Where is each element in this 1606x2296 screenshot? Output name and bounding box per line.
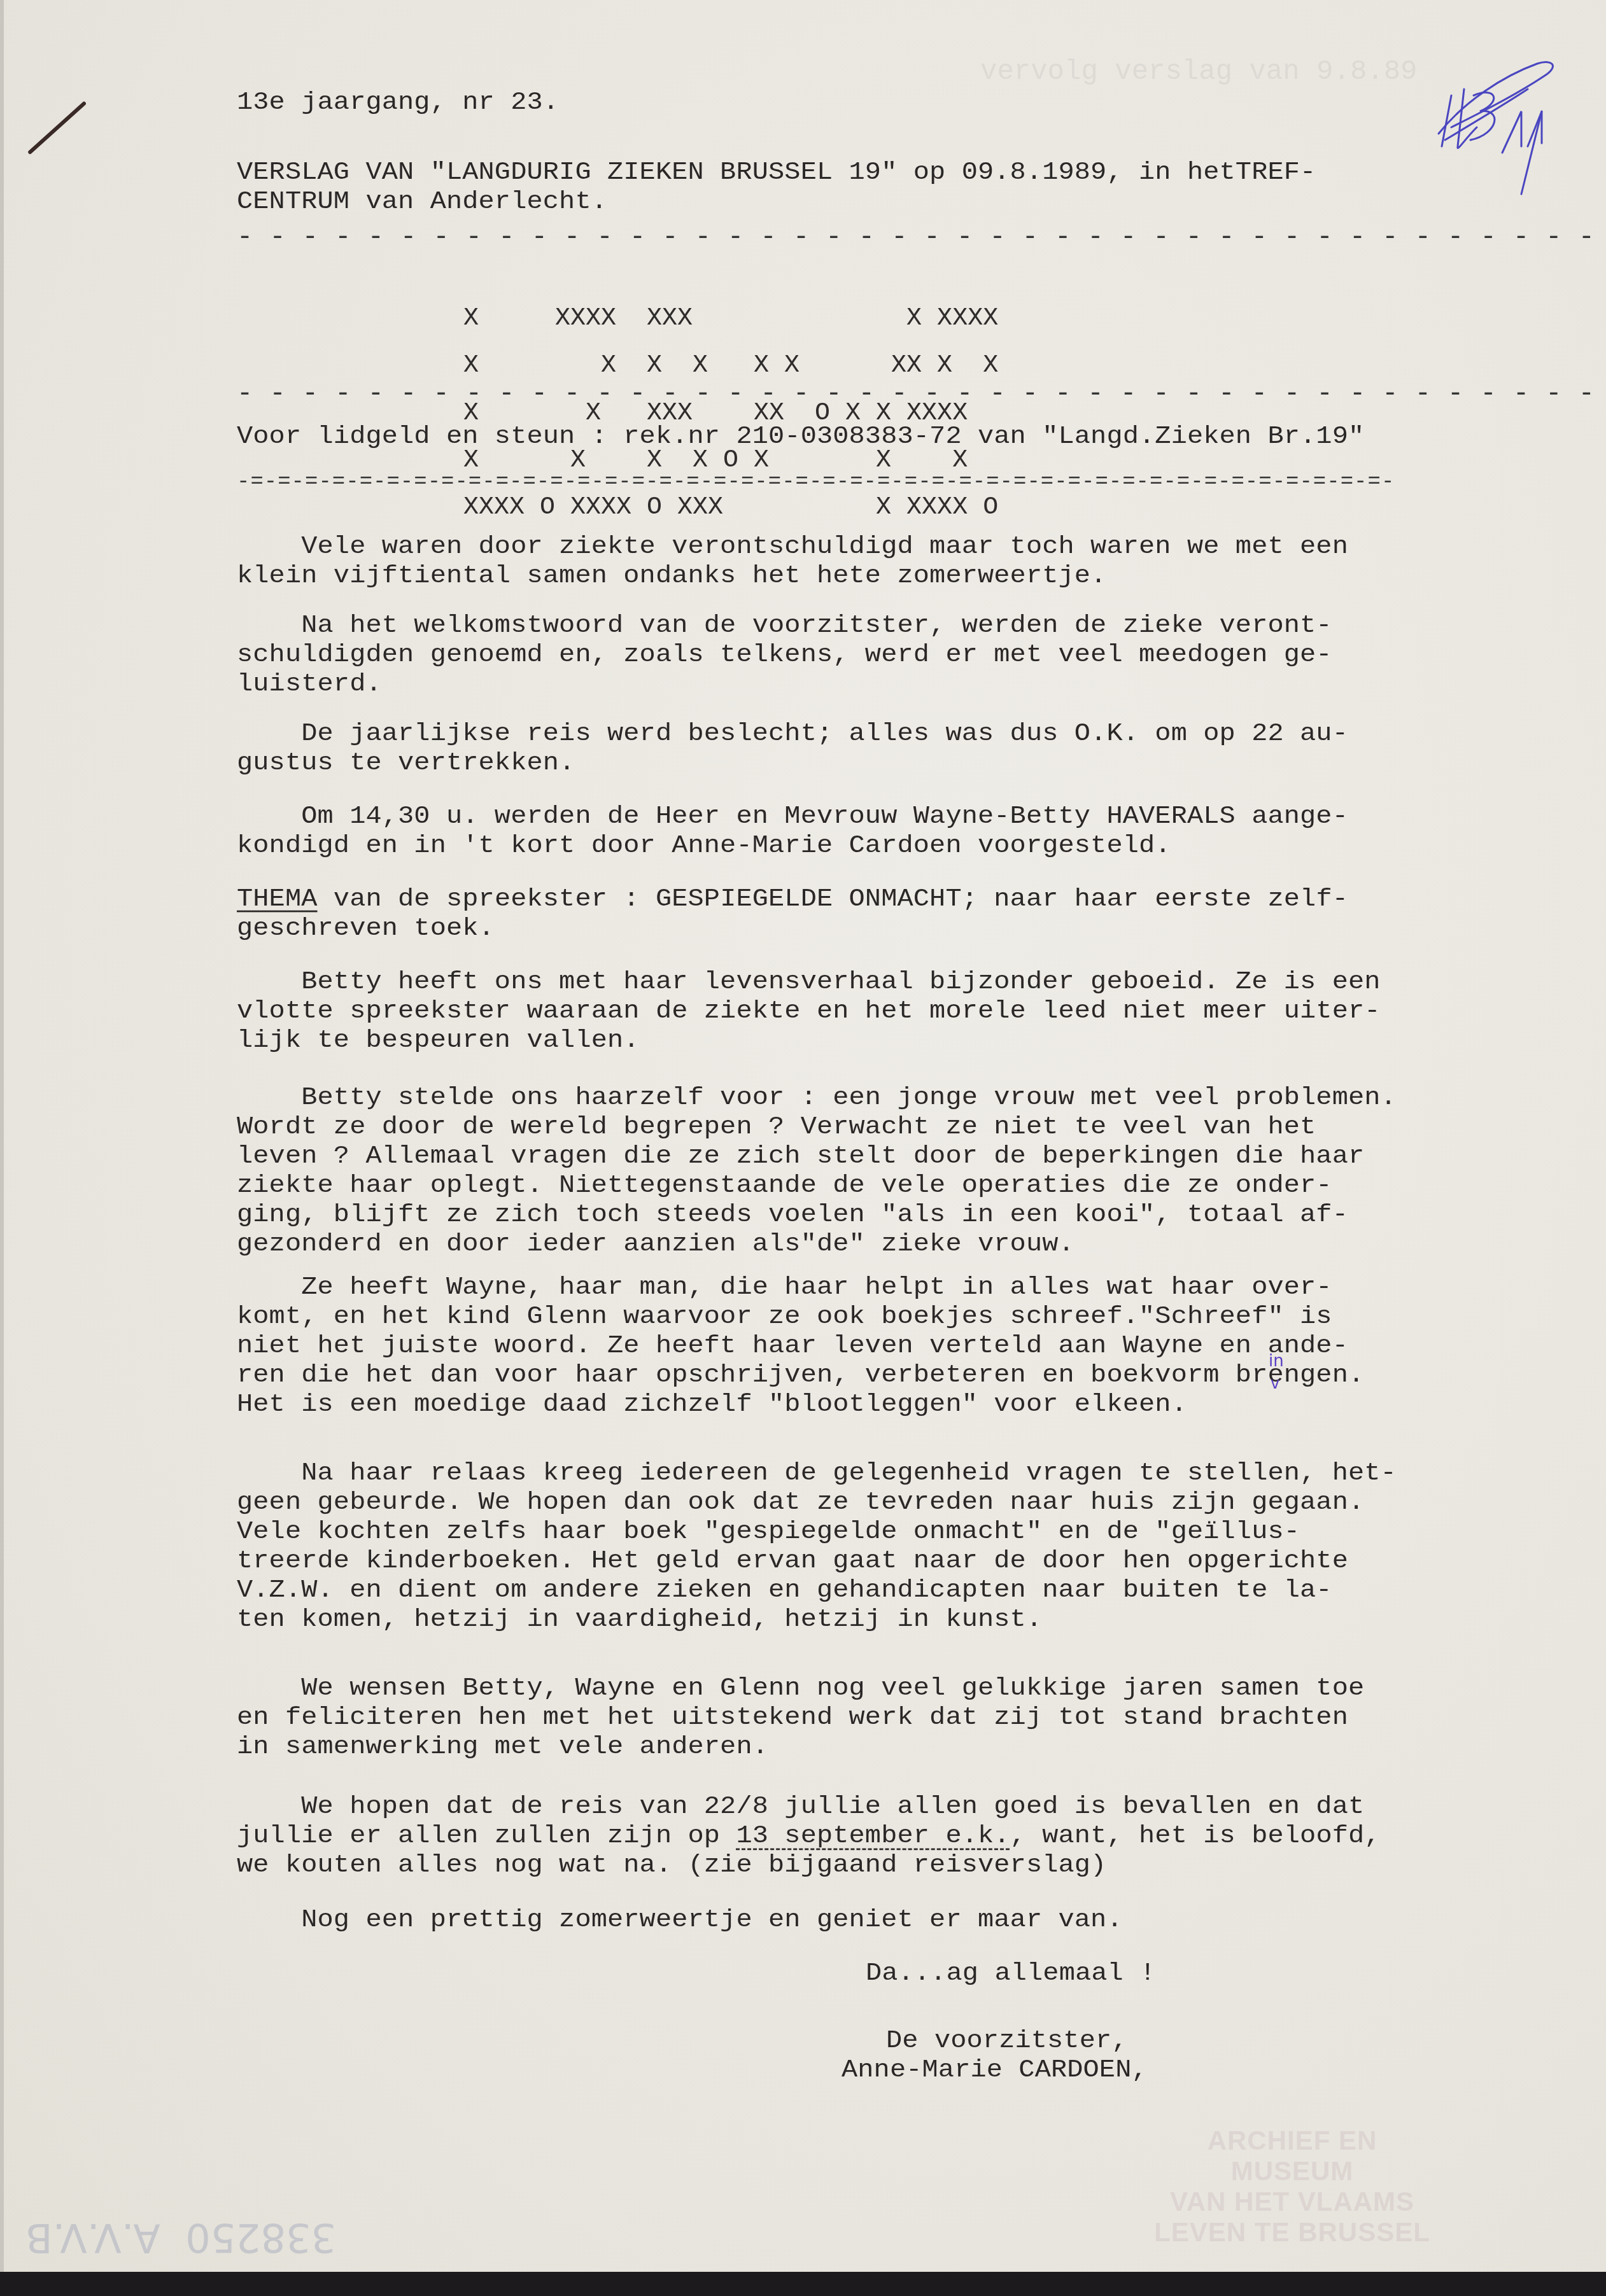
paragraph-line: komt, en het kind Glenn waarvoor ze ook …: [237, 1303, 1332, 1330]
paragraph-line: lijk te bespeuren vallen.: [237, 1027, 640, 1054]
meeting-date-line: jullie er allen zullen zijn op 13 septem…: [237, 1823, 1381, 1849]
paragraph-line: Vele kochten zelfs haar boek "gespiegeld…: [237, 1518, 1300, 1545]
ascii-logo-row: XXXX O XXXX O XXX X XXXX O: [463, 500, 998, 516]
paragraph-line: ren die het dan voor haar opschrijven, v…: [237, 1362, 1364, 1389]
next-meeting-date: 13 september e.k.: [736, 1822, 1010, 1850]
paragraph-line: en feliciteren hen met het uitstekend we…: [237, 1704, 1348, 1731]
paragraph-line: gustus te vertrekken.: [237, 750, 575, 776]
paragraph-line: ziekte haar oplegt. Niettegenstaande de …: [237, 1172, 1332, 1199]
date-line-suffix: , want, het is beloofd,: [1010, 1822, 1381, 1850]
paragraph-line: treerde kinderboeken. Het geld ervan gaa…: [237, 1548, 1348, 1574]
issue-number: 13e jaargang, nr 23.: [237, 89, 559, 116]
paragraph-line: De jaarlijkse reis werd beslecht; alles …: [237, 720, 1348, 747]
handwritten-insert: in: [1269, 1354, 1284, 1368]
separator-double-dashes: -=-=-=-=-=-=-=-=-=-=-=-=-=-=-=-=-=-=-=-=…: [237, 468, 1395, 497]
paragraph-line: Betty heeft ons met haar levensverhaal b…: [237, 969, 1381, 995]
paragraph-line: Het is een moedige daad zichzelf "blootl…: [237, 1391, 1187, 1418]
paragraph-line: in samenwerking met vele anderen.: [237, 1733, 768, 1760]
paragraph-line: niet het juiste woord. Ze heeft haar lev…: [237, 1333, 1348, 1359]
report-title-line-1: VERSLAG VAN "LANGDURIG ZIEKEN BRUSSEL 19…: [237, 159, 1316, 186]
paragraph-line: Wordt ze door de wereld begrepen ? Verwa…: [237, 1114, 1316, 1140]
paragraph-line: klein vijftiental samen ondanks het hete…: [237, 563, 1106, 589]
ascii-logo-row: X X X X X X XX X X: [463, 359, 998, 375]
archive-number: 338250 A.V.V.B: [25, 2215, 336, 2261]
closing-greeting: Da...ag allemaal !: [866, 1960, 1155, 1987]
stamp-line: LEVEN TE BRUSSEL: [1146, 2217, 1439, 2248]
paragraph-line: kondigd en in 't kort door Anne-Marie Ca…: [237, 832, 1171, 859]
paragraph-line: gezonderd en door ieder aanzien als"de" …: [237, 1231, 1074, 1257]
paragraph-line: ging, blijft ze zich toch steeds voelen …: [237, 1201, 1348, 1228]
stamp-line: VAN HET VLAAMS: [1146, 2187, 1439, 2217]
separator-dashes-2: - - - - - - - - - - - - - - - - - - - - …: [237, 379, 1595, 409]
paragraph-line: Betty stelde ons haarzelf voor : een jon…: [237, 1084, 1397, 1111]
paragraph-line: We hopen dat de reis van 22/8 jullie all…: [237, 1793, 1364, 1820]
paragraph-line: We wensen Betty, Wayne en Glenn nog veel…: [237, 1675, 1364, 1702]
paragraph-line: schuldigden genoemd en, zoals telkens, w…: [237, 641, 1332, 668]
paragraph-line: geschreven toek.: [237, 915, 495, 942]
ascii-logo-row: X X X X O X X X: [463, 453, 998, 469]
paragraph-line: Na haar relaas kreeg iedereen de gelegen…: [237, 1460, 1397, 1487]
ascii-logo-row: X XXXX XXX X XXXX: [463, 311, 998, 327]
paragraph-line: ten komen, hetzij in vaardigheid, hetzij…: [237, 1606, 1042, 1633]
paragraph-line: we kouten alles nog wat na. (zie bijgaan…: [237, 1852, 1106, 1879]
insertion-caret-icon: v: [1271, 1375, 1279, 1392]
paragraph-line: Vele waren door ziekte verontschuldigd m…: [237, 533, 1348, 560]
paragraph-line: geen gebeurde. We hopen dan ook dat ze t…: [237, 1489, 1364, 1516]
theme-text: van de spreekster : GESPIEGELDE ONMACHT;…: [318, 885, 1348, 913]
page-left-edge: [0, 0, 4, 2272]
paragraph-line: V.Z.W. en dient om andere zieken en geha…: [237, 1577, 1332, 1604]
paragraph-line: luisterd.: [237, 671, 382, 697]
theme-label: THEMA: [237, 885, 318, 913]
membership-account-line: Voor lidgeld en steun : rek.nr 210-03083…: [237, 423, 1364, 450]
stamp-line: ARCHIEF EN MUSEUM: [1146, 2125, 1439, 2187]
archive-stamp: ARCHIEF EN MUSEUM VAN HET VLAAMS LEVEN T…: [1146, 2125, 1439, 2248]
signatory-role: De voorzitster,: [886, 2027, 1128, 2054]
paragraph-line: Ze heeft Wayne, haar man, die haar helpt…: [237, 1274, 1332, 1301]
date-line-prefix: jullie er allen zullen zijn op: [237, 1822, 736, 1850]
bleed-through-text: vervolg verslag van 9.8.89: [980, 57, 1418, 87]
report-title-line-2: CENTRUM van Anderlecht.: [237, 188, 607, 215]
signatory-name: Anne-Marie CARDOEN,: [842, 2057, 1148, 2083]
scan-bottom-edge: [0, 2272, 1606, 2296]
paragraph-line: Nog een prettig zomerweertje en geniet e…: [237, 1907, 1123, 1933]
handwritten-initials-icon: [1426, 51, 1579, 197]
separator-dashes: - - - - - - - - - - - - - - - - - - - - …: [237, 223, 1595, 252]
theme-line: THEMA van de spreekster : GESPIEGELDE ON…: [237, 886, 1348, 913]
paragraph-line: Na het welkomstwoord van de voorzitster,…: [237, 612, 1332, 639]
paragraph-line: leven ? Allemaal vragen die ze zich stel…: [237, 1143, 1364, 1170]
paragraph-line: Om 14,30 u. werden de Heer en Mevrouw Wa…: [237, 803, 1348, 830]
paragraph-line: vlotte spreekster waaraan de ziekte en h…: [237, 998, 1381, 1025]
